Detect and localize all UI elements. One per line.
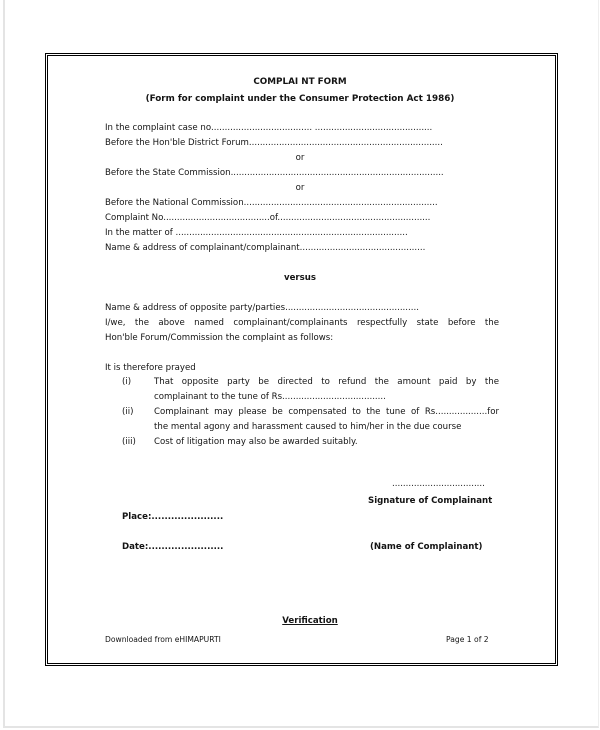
prayer-line: Complainant may please be compensated to… xyxy=(154,407,499,418)
verification-heading: Verification xyxy=(0,616,600,627)
prayer-number: (iii) xyxy=(122,437,136,448)
footer-source: Downloaded from eHIMAPURTI xyxy=(105,634,221,645)
form-subtitle: (Form for complaint under the Consumer P… xyxy=(0,94,600,105)
signature-label: Signature of Complainant xyxy=(368,496,492,507)
signature-line: .................................. xyxy=(392,479,485,490)
prayer-number: (ii) xyxy=(122,407,133,418)
field-case-no: In the complaint case no................… xyxy=(105,123,432,134)
prayer-line: the mental agony and harassment caused t… xyxy=(154,422,499,433)
or-separator-2: or xyxy=(0,183,600,194)
form-title: COMPLAI NT FORM xyxy=(0,77,600,88)
field-complaint-no: Complaint No............................… xyxy=(105,213,430,224)
footer-page-number: Page 1 of 2 xyxy=(446,634,489,645)
field-complainant-address: Name & address of complainant/complainan… xyxy=(105,243,425,254)
field-district-forum: Before the Hon'ble District Forum.......… xyxy=(105,138,443,149)
prayed-heading: It is therefore prayed xyxy=(105,363,196,374)
statement-line-2: Hon'ble Forum/Commission the complaint a… xyxy=(105,333,333,344)
place-field: Place:...................... xyxy=(122,512,223,523)
prayer-line: That opposite party be directed to refun… xyxy=(154,377,499,388)
or-separator-1: or xyxy=(0,153,600,164)
versus-heading: versus xyxy=(0,273,600,284)
complainant-name-label: (Name of Complainant) xyxy=(370,542,482,553)
prayer-line: Cost of litigation may also be awarded s… xyxy=(154,437,499,448)
prayer-number: (i) xyxy=(122,377,131,388)
prayer-line: complainant to the tune of Rs...........… xyxy=(154,392,499,403)
date-field: Date:....................... xyxy=(122,542,223,553)
field-opposite-party: Name & address of opposite party/parties… xyxy=(105,303,419,314)
field-matter-of: In the matter of .......................… xyxy=(105,228,408,239)
field-state-commission: Before the State Commission.............… xyxy=(105,168,444,179)
statement-line-1: I/we, the above named complainant/compla… xyxy=(105,318,499,329)
field-national-commission: Before the National Commission..........… xyxy=(105,198,438,209)
